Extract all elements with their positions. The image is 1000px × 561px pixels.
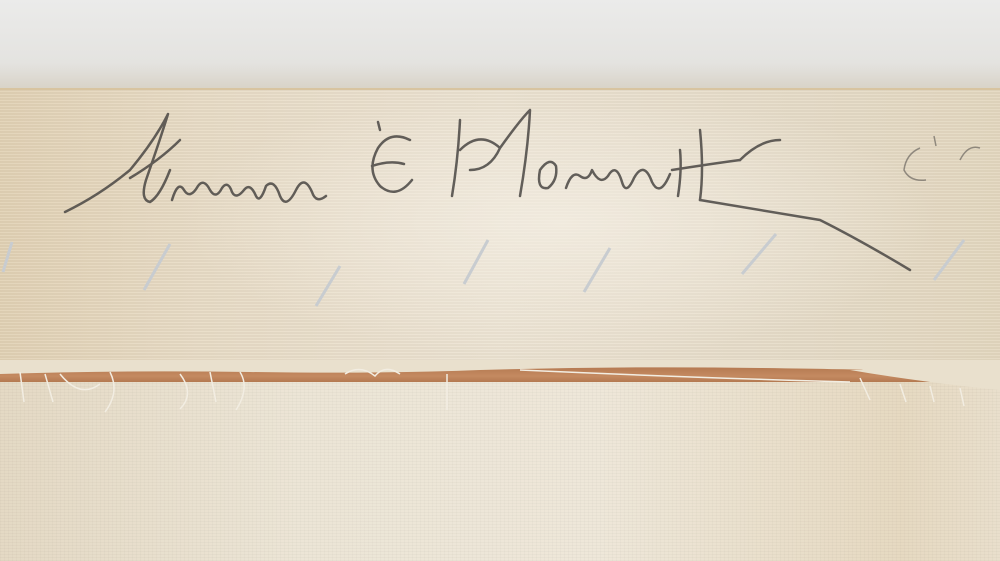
- background-wall: [0, 0, 1000, 90]
- staple-5: [576, 244, 616, 296]
- staple-2: [138, 240, 174, 296]
- frayed-edge: [0, 360, 1000, 420]
- staple-6: [736, 230, 782, 278]
- staple-3: [308, 262, 344, 310]
- pencil-signature: [60, 100, 1000, 290]
- staple-4: [458, 236, 494, 288]
- staple-7: [926, 236, 968, 284]
- staple-1: [0, 240, 16, 276]
